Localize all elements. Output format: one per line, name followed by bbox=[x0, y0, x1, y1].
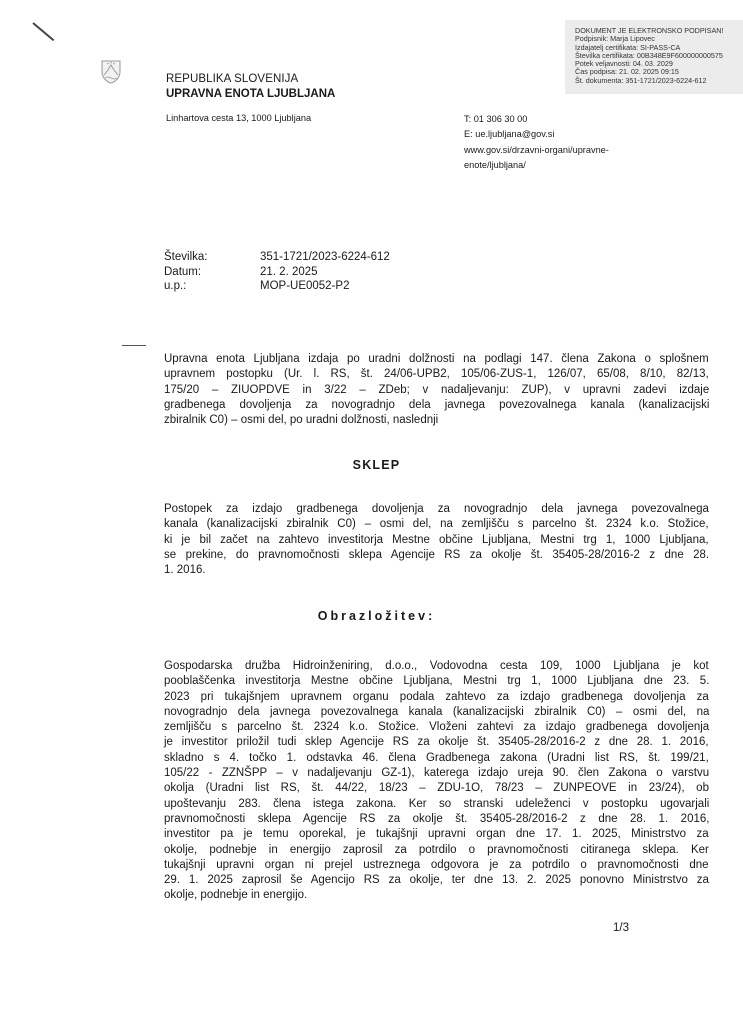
text-line: zbiralnik C0) – osmi del, po uradni dolž… bbox=[164, 413, 709, 428]
text-line: 1. 2016. bbox=[164, 563, 709, 578]
org-name-unit: UPRAVNA ENOTA LJUBLJANA bbox=[166, 88, 335, 100]
text-line: Gospodarska družba Hidroinženiring, d.o.… bbox=[164, 659, 709, 674]
meta-value: 351-1721/2023-6224-612 bbox=[260, 250, 390, 265]
contact-block: T: 01 306 30 00 E: ue.ljubljana@gov.si w… bbox=[464, 112, 609, 174]
text-line: kanala (kanalizacijski zbiralnik C0) – o… bbox=[164, 517, 709, 532]
page-number: 1/3 bbox=[613, 922, 629, 934]
text-line: novogradnjo dela javnega povezovalnega k… bbox=[164, 705, 709, 720]
contact-email: E: ue.ljubljana@gov.si bbox=[464, 127, 609, 142]
text-line: okolje, podnebje in energijo zaprosil za… bbox=[164, 843, 709, 858]
fold-mark bbox=[122, 345, 146, 346]
meta-row-date: Datum: 21. 2. 2025 bbox=[164, 265, 390, 280]
text-line: ki je bil začet na zahtevo investitorja … bbox=[164, 533, 709, 548]
contact-phone: T: 01 306 30 00 bbox=[464, 112, 609, 127]
contact-web-cont: enote/ljubljana/ bbox=[464, 158, 609, 173]
text-line: investitor pa je temu oporekal, je tukaj… bbox=[164, 827, 709, 842]
meta-label: u.p.: bbox=[164, 279, 260, 294]
obrazlozitev-paragraph: Gospodarska družba Hidroinženiring, d.o.… bbox=[164, 659, 709, 904]
text-line: Postopek za izdajo gradbenega dovoljenja… bbox=[164, 502, 709, 517]
text-line: tukajšnji upravni organ ni prejel ustrez… bbox=[164, 858, 709, 873]
text-line: okolje, podnebje in energijo. bbox=[164, 888, 709, 903]
sklep-paragraph: Postopek za izdajo gradbenega dovoljenja… bbox=[164, 502, 709, 578]
text-line: 175/20 – ZIUOPDVE in 3/22 – ZDeb; v nada… bbox=[164, 383, 709, 398]
text-line: pooblaščenka investitorja Mestne občine … bbox=[164, 674, 709, 689]
sklep-heading: SKLEP bbox=[0, 458, 743, 472]
text-line: je investitor priložil tudi sklep Agenci… bbox=[164, 735, 709, 750]
scan-mark bbox=[32, 22, 54, 41]
text-line: pravnomočnosti sklepa Agencije RS za oko… bbox=[164, 812, 709, 827]
meta-value: MOP-UE0052-P2 bbox=[260, 279, 349, 294]
text-line: zemljišču s parcelno št. 2324 k.o. Stoži… bbox=[164, 720, 709, 735]
stamp-line: Št. dokumenta: 351-1721/2023-6224-612 bbox=[575, 77, 743, 85]
meta-label: Datum: bbox=[164, 265, 260, 280]
text-line: 29. 1. 2025 zaprosil še Agencijo RS za o… bbox=[164, 873, 709, 888]
intro-paragraph: Upravna enota Ljubljana izdaja po uradni… bbox=[164, 352, 709, 428]
text-line: skladno s 4. točko 1. odstavka 46. člena… bbox=[164, 751, 709, 766]
contact-web: www.gov.si/drzavni-organi/upravne- bbox=[464, 143, 609, 158]
document-meta: Številka: 351-1721/2023-6224-612 Datum: … bbox=[164, 250, 390, 294]
meta-value: 21. 2. 2025 bbox=[260, 265, 318, 280]
obrazlozitev-heading: Obrazložitev: bbox=[0, 609, 743, 623]
text-line: 2023 pri tukajšnjem upravnem organu poda… bbox=[164, 690, 709, 705]
text-line: upravnem postopku (Ur. l. RS, št. 24/06-… bbox=[164, 367, 709, 382]
meta-row-number: Številka: 351-1721/2023-6224-612 bbox=[164, 250, 390, 265]
electronic-signature-stamp: DOKUMENT JE ELEKTRONSKO PODPISAN! Podpis… bbox=[565, 20, 743, 94]
text-line: okolja (Uradni list RS, št. 44/22, 18/23… bbox=[164, 781, 709, 796]
meta-label: Številka: bbox=[164, 250, 260, 265]
text-line: 105/22 - ZZNŠPP – v nadaljevanju GZ-1), … bbox=[164, 766, 709, 781]
slovenia-coat-of-arms-icon bbox=[101, 59, 121, 89]
org-address: Linhartova cesta 13, 1000 Ljubljana bbox=[166, 113, 311, 123]
meta-row-up: u.p.: MOP-UE0052-P2 bbox=[164, 279, 390, 294]
text-line: Upravna enota Ljubljana izdaja po uradni… bbox=[164, 352, 709, 367]
org-name-republic: REPUBLIKA SLOVENIJA bbox=[166, 73, 298, 85]
text-line: gradbenega dovoljenja za novogradnjo del… bbox=[164, 398, 709, 413]
text-line: se prekine, do pravnomočnosti sklepa Age… bbox=[164, 548, 709, 563]
text-line: upoštevanju 283. člena istega zakona. Ke… bbox=[164, 797, 709, 812]
